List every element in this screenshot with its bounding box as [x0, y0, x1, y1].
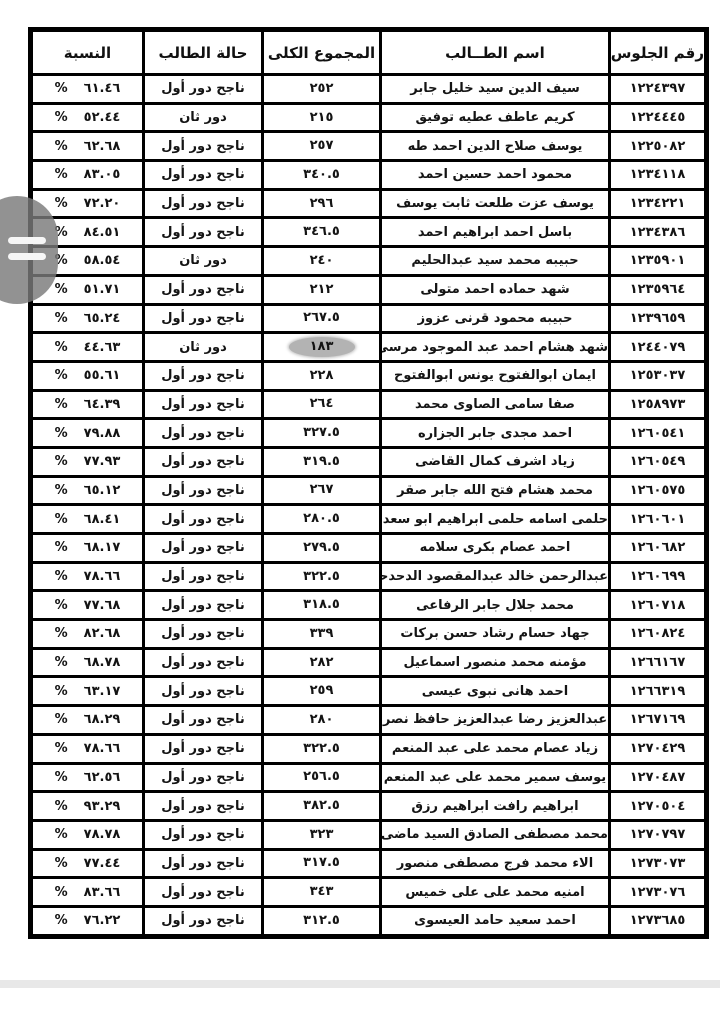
percent-sign: %	[55, 626, 68, 641]
seat-number-cell: ١٢٧٣٠٧٦	[610, 878, 707, 907]
total-score-cell: ٣١٧.٥	[263, 849, 381, 878]
total-score-cell: ٣٤٦.٥	[263, 218, 381, 247]
seat-number-cell: ١٢٦٠٥٤٩	[610, 447, 707, 476]
student-status-cell: ناجح دور أول	[144, 75, 263, 104]
percentage-value: ٦٨.٤١	[84, 512, 121, 527]
student-status-cell: ناجح دور أول	[144, 562, 263, 591]
student-status-cell: ناجح دور أول	[144, 792, 263, 821]
table-row: ١٢٧٠٧٩٧ محمد مصطفى الصادق السيد ماضى ٣٢٣…	[31, 820, 707, 849]
percentage-value: ٤٤.٦٣	[84, 340, 121, 355]
table-row: ١٢٧٠٤٨٧ يوسف سمير محمد على عبد المنعم ٢٥…	[31, 763, 707, 792]
student-name-cell: يوسف عزت طلعت ثابت يوسف	[381, 189, 610, 218]
total-score-cell: ٢٥٩	[263, 677, 381, 706]
student-name-cell: امنيه محمد على على خميس	[381, 878, 610, 907]
table-row: ١٢٣٩٦٥٩ حبيبه محمود قرنى عزوز ٢٦٧.٥ ناجح…	[31, 304, 707, 333]
percentage-cell: ٦٨.٧٨ %	[31, 648, 144, 677]
percent-sign: %	[55, 885, 68, 900]
student-status-cell: ناجح دور أول	[144, 390, 263, 419]
student-status-cell: ناجح دور أول	[144, 534, 263, 563]
percent-sign: %	[55, 110, 68, 125]
percent-sign: %	[55, 397, 68, 412]
percentage-cell: ٧٨.٦٦ %	[31, 562, 144, 591]
bottom-divider	[0, 980, 720, 988]
header-seat-number: رقم الجلوس	[610, 30, 707, 75]
seat-number-cell: ١٢٦٠٦٠١	[610, 505, 707, 534]
total-score-cell: ٣١٨.٥	[263, 591, 381, 620]
seat-number-cell: ١٢٣٤١١٨	[610, 161, 707, 190]
percent-sign: %	[55, 827, 68, 842]
student-name-cell: احمد سعيد حامد العيسوى	[381, 906, 610, 936]
table-row: ١٢٦٠٦٩٩ عبدالرحمن خالد عبدالمقصود الدحدح…	[31, 562, 707, 591]
total-score-value: ٢٨٠.٥	[303, 509, 340, 529]
seat-number-cell: ١٢٦٦١٦٧	[610, 648, 707, 677]
table-row: ١٢٢٥٠٨٢ يوسف صلاح الدين احمد طه ٢٥٧ ناجح…	[31, 132, 707, 161]
total-score-cell: ٢٥٧	[263, 132, 381, 161]
header-student-name: اسم الطــالب	[381, 30, 610, 75]
percent-sign: %	[55, 426, 68, 441]
seat-number-cell: ١٢٢٥٠٨٢	[610, 132, 707, 161]
table-row: ١٢٦٠٥٤٩ زياد اشرف كمال القاضى ٣١٩.٥ ناجح…	[31, 447, 707, 476]
student-status-cell: ناجح دور أول	[144, 849, 263, 878]
percentage-value: ٧٧.٤٤	[84, 856, 121, 871]
percentage-value: ٦٨.١٧	[84, 540, 121, 555]
total-score-cell: ٣٢٧.٥	[263, 419, 381, 448]
percentage-cell: ٦١.٤٦ %	[31, 75, 144, 104]
total-score-value: ٣١٢.٥	[303, 911, 340, 931]
student-name-cell: احمد عصام بكرى سلامه	[381, 534, 610, 563]
percent-sign: %	[55, 483, 68, 498]
total-score-value: ٢٩٦	[304, 194, 340, 214]
table-row: ١٢٢٤٤٤٥ كريم عاطف عطيه توفيق ٢١٥ دور ثان…	[31, 103, 707, 132]
percentage-value: ٦٢.٥٦	[84, 770, 121, 785]
percent-sign: %	[55, 598, 68, 613]
seat-number-cell: ١٢٦٧١٦٩	[610, 706, 707, 735]
total-score-cell: ٣١٢.٥	[263, 906, 381, 936]
percentage-cell: ٧٨.٦٦ %	[31, 734, 144, 763]
percentage-value: ٥١.٧١	[84, 282, 121, 297]
seat-number-cell: ١٢٧٠٤٨٧	[610, 763, 707, 792]
percentage-value: ٧٨.٦٦	[84, 569, 121, 584]
student-status-cell: ناجح دور أول	[144, 161, 263, 190]
table-row: ١٢٧٣٠٧٣ الاء محمد فرج مصطفى منصور ٣١٧.٥ …	[31, 849, 707, 878]
total-score-value: ٢٤٠	[304, 251, 340, 271]
percentage-cell: ٥٢.٤٤ %	[31, 103, 144, 132]
total-score-cell: ٣٤٣	[263, 878, 381, 907]
scanned-results-page: رقم الجلوس اسم الطــالب المجموع الكلى حا…	[0, 0, 720, 1018]
total-score-value: ٢٢٨	[304, 366, 340, 386]
total-score-cell: ٢٩٦	[263, 189, 381, 218]
total-score-cell: ٢٥٢	[263, 75, 381, 104]
seat-number-cell: ١٢٧٠٧٩٧	[610, 820, 707, 849]
total-score-value: ٢٨٠	[304, 710, 340, 730]
seat-number-cell: ١٢٦٠٦٨٢	[610, 534, 707, 563]
student-name-cell: احمد مجدى جابر الجزاره	[381, 419, 610, 448]
header-total-score: المجموع الكلى	[263, 30, 381, 75]
percentage-cell: ٧٧.٩٣ %	[31, 447, 144, 476]
percentage-cell: ٧٧.٦٨ %	[31, 591, 144, 620]
percent-sign: %	[55, 741, 68, 756]
table-row: ١٢٥٨٩٧٣ صفا سامى الصاوى محمد ٢٦٤ ناجح دو…	[31, 390, 707, 419]
table-row: ١٢٧٠٥٠٤ ابراهيم رافت ابراهيم رزق ٣٨٢.٥ ن…	[31, 792, 707, 821]
table-row: ١٢٣٤٣٨٦ باسل احمد ابراهيم احمد ٣٤٦.٥ ناج…	[31, 218, 707, 247]
percentage-cell: ٦٢.٥٦ %	[31, 763, 144, 792]
total-score-value: ٣١٩.٥	[303, 452, 340, 472]
student-status-cell: دور ثان	[144, 247, 263, 276]
student-status-cell: ناجح دور أول	[144, 275, 263, 304]
table-row: ١٢٦٠٦٠١ حلمى اسامه حلمى ابراهيم ابو سعده…	[31, 505, 707, 534]
student-name-cell: يوسف سمير محمد على عبد المنعم	[381, 763, 610, 792]
total-score-cell: ٢٤٠	[263, 247, 381, 276]
total-score-cell: ٣٢٢.٥	[263, 734, 381, 763]
percentage-value: ٧٢.٢٠	[84, 196, 121, 211]
student-status-cell: ناجح دور أول	[144, 447, 263, 476]
table-row: ١٢٣٥٩٦٤ شهد حماده احمد متولى ٢١٢ ناجح دو…	[31, 275, 707, 304]
total-score-value: ٢١٥	[304, 108, 340, 128]
student-name-cell: باسل احمد ابراهيم احمد	[381, 218, 610, 247]
table-row: ١٢٥٣٠٣٧ ايمان ابوالفتوح يونس ابوالفتوح ٢…	[31, 361, 707, 390]
seat-number-cell: ١٢٧٠٤٢٩	[610, 734, 707, 763]
percentage-value: ٦٨.٢٩	[84, 712, 121, 727]
total-score-cell: ٢٦٤	[263, 390, 381, 419]
total-score-value: ١٨٣	[289, 337, 355, 357]
total-score-value: ٣٤٣	[304, 882, 340, 902]
student-name-cell: شهد هشام احمد عبد الموجود مرسى	[381, 333, 610, 362]
percentage-value: ٨٣.٠٥	[84, 167, 121, 182]
seat-number-cell: ١٢٣٤٣٨٦	[610, 218, 707, 247]
student-status-cell: ناجح دور أول	[144, 419, 263, 448]
percentage-value: ٧٩.٨٨	[84, 426, 121, 441]
percentage-value: ٧٧.٦٨	[84, 598, 121, 613]
total-score-value: ٢٥٦.٥	[303, 767, 340, 787]
total-score-cell: ٣٣٩	[263, 620, 381, 649]
percent-sign: %	[55, 799, 68, 814]
student-status-cell: دور ثان	[144, 333, 263, 362]
total-score-value: ٢٦٧	[304, 480, 340, 500]
total-score-value: ٢٥٩	[304, 681, 340, 701]
seat-number-cell: ١٢٦٦٣١٩	[610, 677, 707, 706]
percentage-cell: ٤٤.٦٣ %	[31, 333, 144, 362]
student-name-cell: مؤمنه محمد منصور اسماعيل	[381, 648, 610, 677]
total-score-cell: ٣٨٢.٥	[263, 792, 381, 821]
student-status-cell: ناجح دور أول	[144, 505, 263, 534]
total-score-value: ٣٢٣	[304, 825, 340, 845]
percentage-cell: ٨٢.٦٨ %	[31, 620, 144, 649]
student-status-cell: ناجح دور أول	[144, 734, 263, 763]
seat-number-cell: ١٢٣٤٢٢١	[610, 189, 707, 218]
percent-sign: %	[55, 569, 68, 584]
student-name-cell: زياد عصام محمد على عبد المنعم	[381, 734, 610, 763]
percentage-cell: ٨٣.٦٦ %	[31, 878, 144, 907]
total-score-cell: ٢١٢	[263, 275, 381, 304]
total-score-value: ٣٤٠.٥	[303, 165, 340, 185]
percentage-value: ٧٧.٩٣	[84, 454, 121, 469]
percent-sign: %	[55, 913, 68, 928]
total-score-value: ٢٦٤	[304, 394, 340, 414]
percentage-value: ٦٥.٢٤	[84, 311, 121, 326]
student-name-cell: محمد مصطفى الصادق السيد ماضى	[381, 820, 610, 849]
student-name-cell: حبيبه محمود قرنى عزوز	[381, 304, 610, 333]
student-name-cell: حلمى اسامه حلمى ابراهيم ابو سعده	[381, 505, 610, 534]
percent-sign: %	[55, 368, 68, 383]
table-row: ١٢٧٣٦٨٥ احمد سعيد حامد العيسوى ٣١٢.٥ ناج…	[31, 906, 707, 936]
table-row: ١٢٧٣٠٧٦ امنيه محمد على على خميس ٣٤٣ ناجح…	[31, 878, 707, 907]
percent-sign: %	[55, 540, 68, 555]
percentage-value: ٧٨.٧٨	[84, 827, 121, 842]
percentage-cell: ٧٧.٤٤ %	[31, 849, 144, 878]
percent-sign: %	[55, 81, 68, 96]
percent-sign: %	[55, 684, 68, 699]
seat-number-cell: ١٢٧٣٦٨٥	[610, 906, 707, 936]
student-status-cell: ناجح دور أول	[144, 878, 263, 907]
student-name-cell: عبدالعزيز رضا عبدالعزيز حافظ نصر	[381, 706, 610, 735]
student-status-cell: ناجح دور أول	[144, 648, 263, 677]
percentage-value: ٦٣.١٧	[84, 684, 121, 699]
table-row: ١٢٦٠٥٤١ احمد مجدى جابر الجزاره ٣٢٧.٥ ناج…	[31, 419, 707, 448]
student-status-cell: ناجح دور أول	[144, 763, 263, 792]
percentage-cell: ٦٥.٢٤ %	[31, 304, 144, 333]
percentage-value: ٨٣.٦٦	[84, 885, 121, 900]
total-score-cell: ٣٢٢.٥	[263, 562, 381, 591]
total-score-value: ٣٤٦.٥	[303, 222, 340, 242]
percentage-cell: ٦٢.٦٨ %	[31, 132, 144, 161]
percentage-cell: ٦٣.١٧ %	[31, 677, 144, 706]
percentage-value: ٧٨.٦٦	[84, 741, 121, 756]
percentage-cell: ٩٣.٢٩ %	[31, 792, 144, 821]
student-name-cell: حبيبه محمد سيد عبدالحليم	[381, 247, 610, 276]
seat-number-cell: ١٢٧٠٥٠٤	[610, 792, 707, 821]
header-percentage: النسبة	[31, 30, 144, 75]
student-name-cell: محمد هشام فتح الله جابر صقر	[381, 476, 610, 505]
table-row: ١٢٦٠٨٢٤ جهاد حسام رشاد حسن بركات ٣٣٩ ناج…	[31, 620, 707, 649]
student-status-cell: دور ثان	[144, 103, 263, 132]
total-score-cell: ٢٨٢	[263, 648, 381, 677]
student-name-cell: زياد اشرف كمال القاضى	[381, 447, 610, 476]
student-status-cell: ناجح دور أول	[144, 476, 263, 505]
percentage-cell: ٦٨.٤١ %	[31, 505, 144, 534]
table-row: ١٢٣٤٢٢١ يوسف عزت طلعت ثابت يوسف ٢٩٦ ناجح…	[31, 189, 707, 218]
seat-number-cell: ١٢٧٣٠٧٣	[610, 849, 707, 878]
percentage-cell: ٨٣.٠٥ %	[31, 161, 144, 190]
percent-sign: %	[55, 311, 68, 326]
student-name-cell: محمد جلال جابر الرفاعى	[381, 591, 610, 620]
student-name-cell: كريم عاطف عطيه توفيق	[381, 103, 610, 132]
floating-drag-handle[interactable]	[0, 196, 58, 304]
seat-number-cell: ١٢٦٠٥٧٥	[610, 476, 707, 505]
percentage-value: ٦١.٤٦	[84, 81, 121, 96]
results-table: رقم الجلوس اسم الطــالب المجموع الكلى حا…	[28, 27, 709, 939]
seat-number-cell: ١٢٦٠٦٩٩	[610, 562, 707, 591]
percentage-cell: ٦٥.١٢ %	[31, 476, 144, 505]
student-status-cell: ناجح دور أول	[144, 218, 263, 247]
seat-number-cell: ١٢٦٠٨٢٤	[610, 620, 707, 649]
student-status-cell: ناجح دور أول	[144, 820, 263, 849]
student-name-cell: ابراهيم رافت ابراهيم رزق	[381, 792, 610, 821]
student-status-cell: ناجح دور أول	[144, 304, 263, 333]
percent-sign: %	[55, 712, 68, 727]
total-score-cell: ٣٤٠.٥	[263, 161, 381, 190]
table-row: ١٢٦٠٧١٨ محمد جلال جابر الرفاعى ٣١٨.٥ ناج…	[31, 591, 707, 620]
seat-number-cell: ١٢٢٤٣٩٧	[610, 75, 707, 104]
student-status-cell: ناجح دور أول	[144, 591, 263, 620]
percentage-cell: ٦٨.١٧ %	[31, 534, 144, 563]
table-row: ١٢٦٠٦٨٢ احمد عصام بكرى سلامه ٢٧٩.٥ ناجح …	[31, 534, 707, 563]
percentage-value: ٦٨.٧٨	[84, 655, 121, 670]
table-row: ١٢٣٥٩٠١ حبيبه محمد سيد عبدالحليم ٢٤٠ دور…	[31, 247, 707, 276]
header-student-status: حالة الطالب	[144, 30, 263, 75]
total-score-value: ٣٢٢.٥	[303, 567, 340, 587]
student-status-cell: ناجح دور أول	[144, 361, 263, 390]
student-name-cell: سيف الدين سيد خليل جابر	[381, 75, 610, 104]
percent-sign: %	[55, 282, 68, 297]
seat-number-cell: ١٢٦٠٥٤١	[610, 419, 707, 448]
seat-number-cell: ١٢٣٩٦٥٩	[610, 304, 707, 333]
student-name-cell: صفا سامى الصاوى محمد	[381, 390, 610, 419]
student-status-cell: ناجح دور أول	[144, 677, 263, 706]
student-status-cell: ناجح دور أول	[144, 706, 263, 735]
percentage-cell: ٧٨.٧٨ %	[31, 820, 144, 849]
percent-sign: %	[55, 655, 68, 670]
student-name-cell: جهاد حسام رشاد حسن بركات	[381, 620, 610, 649]
total-score-cell: ٢٨٠	[263, 706, 381, 735]
student-name-cell: عبدالرحمن خالد عبدالمقصود الدحدحى	[381, 562, 610, 591]
seat-number-cell: ١٢٦٠٧١٨	[610, 591, 707, 620]
total-score-value: ٢٥٢	[304, 79, 340, 99]
header-row: رقم الجلوس اسم الطــالب المجموع الكلى حا…	[31, 30, 707, 75]
table-row: ١٢٦٧١٦٩ عبدالعزيز رضا عبدالعزيز حافظ نصر…	[31, 706, 707, 735]
percentage-value: ٨٢.٦٨	[84, 626, 121, 641]
seat-number-cell: ١٢٣٥٩٦٤	[610, 275, 707, 304]
student-name-cell: محمود احمد حسين احمد	[381, 161, 610, 190]
student-name-cell: ايمان ابوالفتوح يونس ابوالفتوح	[381, 361, 610, 390]
percent-sign: %	[55, 196, 68, 211]
table-row: ١٢٦٦١٦٧ مؤمنه محمد منصور اسماعيل ٢٨٢ ناج…	[31, 648, 707, 677]
percentage-value: ٥٨.٥٤	[84, 253, 121, 268]
total-score-value: ٢١٢	[304, 280, 340, 300]
student-status-cell: ناجح دور أول	[144, 132, 263, 161]
total-score-cell: ٢٢٨	[263, 361, 381, 390]
percentage-value: ٨٤.٥١	[84, 225, 121, 240]
seat-number-cell: ١٢٢٤٤٤٥	[610, 103, 707, 132]
handle-bar-icon	[8, 253, 46, 260]
seat-number-cell: ١٢٥٣٠٣٧	[610, 361, 707, 390]
percentage-value: ٥٢.٤٤	[84, 110, 121, 125]
total-score-cell: ١٨٣	[263, 333, 381, 362]
table-row: ١٢٦٠٥٧٥ محمد هشام فتح الله جابر صقر ٢٦٧ …	[31, 476, 707, 505]
total-score-value: ٢٧٩.٥	[303, 538, 340, 558]
table-row: ١٢٣٤١١٨ محمود احمد حسين احمد ٣٤٠.٥ ناجح …	[31, 161, 707, 190]
student-name-cell: يوسف صلاح الدين احمد طه	[381, 132, 610, 161]
percentage-value: ٥٥.٦١	[84, 368, 121, 383]
percentage-cell: ٧٩.٨٨ %	[31, 419, 144, 448]
percentage-cell: ٦٤.٣٩ %	[31, 390, 144, 419]
seat-number-cell: ١٢٣٥٩٠١	[610, 247, 707, 276]
student-name-cell: شهد حماده احمد متولى	[381, 275, 610, 304]
percent-sign: %	[55, 454, 68, 469]
student-status-cell: ناجح دور أول	[144, 189, 263, 218]
percent-sign: %	[55, 167, 68, 182]
percent-sign: %	[55, 340, 68, 355]
total-score-value: ٣٨٢.٥	[303, 796, 340, 816]
total-score-value: ٣١٧.٥	[303, 853, 340, 873]
handle-bar-icon	[8, 237, 46, 244]
percent-sign: %	[55, 770, 68, 785]
percentage-cell: ٧٦.٢٢ %	[31, 906, 144, 936]
percentage-value: ٦٢.٦٨	[84, 139, 121, 154]
seat-number-cell: ١٢٤٤٠٧٩	[610, 333, 707, 362]
total-score-cell: ٢٦٧.٥	[263, 304, 381, 333]
total-score-cell: ٣٢٣	[263, 820, 381, 849]
percent-sign: %	[55, 139, 68, 154]
student-status-cell: ناجح دور أول	[144, 906, 263, 936]
table-row: ١٢٦٦٣١٩ احمد هانى نبوى عيسى ٢٥٩ ناجح دور…	[31, 677, 707, 706]
student-status-cell: ناجح دور أول	[144, 620, 263, 649]
total-score-value: ٣٣٩	[304, 624, 340, 644]
total-score-cell: ٢٥٦.٥	[263, 763, 381, 792]
percentage-value: ٦٤.٣٩	[84, 397, 121, 412]
total-score-cell: ٢٨٠.٥	[263, 505, 381, 534]
percentage-value: ٦٥.١٢	[84, 483, 121, 498]
seat-number-cell: ١٢٥٨٩٧٣	[610, 390, 707, 419]
percent-sign: %	[55, 856, 68, 871]
total-score-cell: ٢٦٧	[263, 476, 381, 505]
total-score-cell: ٢١٥	[263, 103, 381, 132]
percentage-value: ٩٣.٢٩	[84, 799, 121, 814]
total-score-value: ٢٥٧	[304, 136, 340, 156]
table-row: ١٢٤٤٠٧٩ شهد هشام احمد عبد الموجود مرسى ١…	[31, 333, 707, 362]
percentage-cell: ٥٥.٦١ %	[31, 361, 144, 390]
total-score-cell: ٣١٩.٥	[263, 447, 381, 476]
total-score-cell: ٢٧٩.٥	[263, 534, 381, 563]
student-name-cell: الاء محمد فرج مصطفى منصور	[381, 849, 610, 878]
total-score-value: ٣٢٧.٥	[303, 423, 340, 443]
total-score-value: ٢٨٢	[304, 653, 340, 673]
percent-sign: %	[55, 512, 68, 527]
table-row: ١٢٢٤٣٩٧ سيف الدين سيد خليل جابر ٢٥٢ ناجح…	[31, 75, 707, 104]
percentage-cell: ٦٨.٢٩ %	[31, 706, 144, 735]
total-score-value: ٣٢٢.٥	[303, 739, 340, 759]
student-name-cell: احمد هانى نبوى عيسى	[381, 677, 610, 706]
percentage-value: ٧٦.٢٢	[84, 913, 121, 928]
total-score-value: ٣١٨.٥	[303, 595, 340, 615]
table-row: ١٢٧٠٤٢٩ زياد عصام محمد على عبد المنعم ٣٢…	[31, 734, 707, 763]
total-score-value: ٢٦٧.٥	[303, 308, 340, 328]
